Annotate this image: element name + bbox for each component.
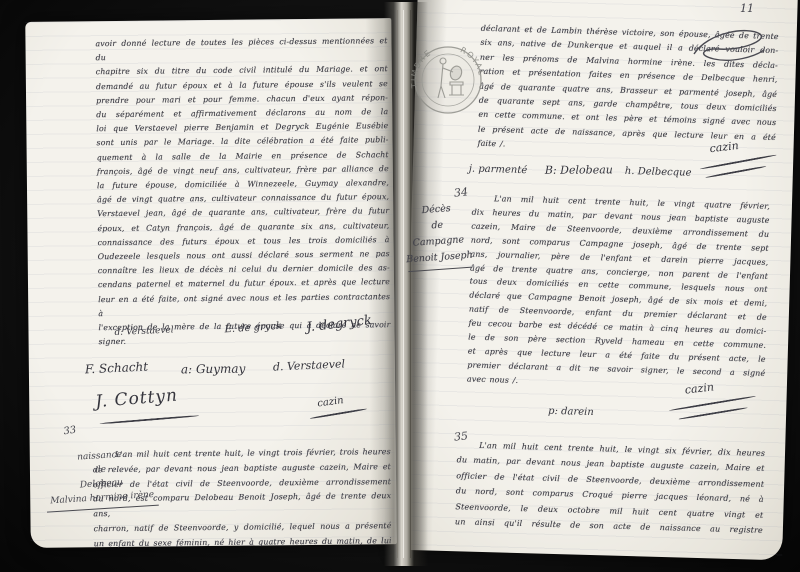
margin-number-34: 34 (453, 185, 468, 199)
handwritten-line: un enfant du sexe féminin, né hier à qua… (94, 534, 392, 552)
signature-cazin-left: cazin (317, 395, 345, 409)
margin-number-35: 35 (453, 429, 468, 443)
timbre-royal-stamp: TIMBRE ROYAL (410, 42, 486, 118)
death-act-34-text: L'an mil huit cent trente huit, le vingt… (467, 192, 770, 395)
signature-guymay: a: Guymay (181, 362, 246, 377)
signature-schacht: F. Schacht (85, 360, 149, 377)
margin-note-deces-campagne: DécèsdeCampagneBenoit Joseph (392, 199, 485, 273)
signature-parmente: j. parmenté (469, 163, 528, 176)
signature-delobeau: B: Delobeau (545, 163, 613, 176)
signature-flourish (669, 395, 756, 411)
signature-delbecque: h. Delbecque (625, 166, 692, 179)
signature-verstaevel-witness: d. Verstaevel (273, 357, 346, 373)
left-page: avoir donné lecture de toutes les pièces… (25, 18, 396, 548)
register-photo: avoir donné lecture de toutes les pièces… (0, 0, 800, 572)
marriage-act-text: avoir donné lecture de toutes les pièces… (95, 34, 390, 350)
signature-flourish (100, 415, 200, 425)
handwritten-line: du nord, est comparu Delobeau Benoit Jos… (93, 490, 391, 523)
page-edge (397, 10, 398, 558)
signature-flourish (705, 165, 766, 178)
signature-darein: p: darein (548, 406, 594, 418)
signature-flourish (678, 407, 747, 420)
act-35-text: L'an mil huit cent trente huit, le vingt… (455, 437, 765, 538)
signature-cottyn: J. Cottyn (95, 385, 179, 412)
margin-number-33: 33 (63, 425, 77, 438)
birth-act-33-text: L'an mil huit cent trente huit, le vingt… (93, 445, 392, 552)
handwritten-line: avoir donné lecture de toutes les pièces… (95, 34, 387, 65)
signature-flourish (310, 408, 368, 420)
signature-cazin-death: cazin (684, 380, 714, 396)
paraph-flourish (688, 24, 772, 70)
page-number: 11 (740, 2, 754, 15)
